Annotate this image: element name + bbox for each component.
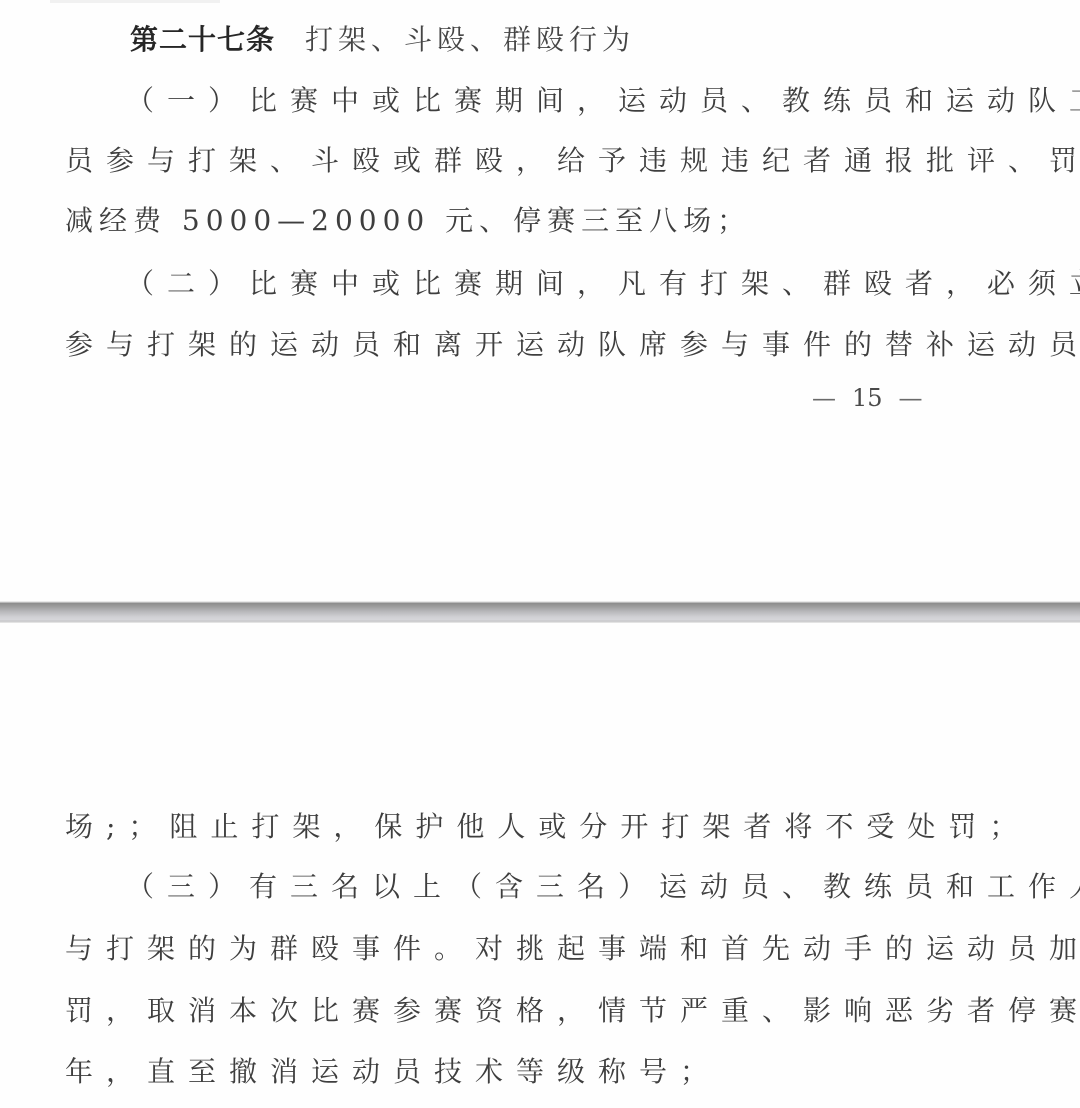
article-title: 打架、斗殴、群殴行为 [305, 23, 635, 56]
paragraph-line: （一）比赛中或比赛期间，运动员、教练员和运动队工作人 [126, 83, 1036, 119]
article-number: 第二十七条 [130, 23, 275, 56]
page-separator [0, 601, 1080, 623]
paragraph-line: （三）有三名以上（含三名）运动员、教练员和工作人员参 [126, 869, 1036, 905]
paragraph-line: 与打架的为群殴事件。对挑起事端和首先动手的运动员加重处 [65, 931, 975, 967]
paragraph-line: （二）比赛中或比赛期间，凡有打架、群殴者，必须立即将 [126, 266, 1036, 302]
paragraph-line: 员参与打架、斗殴或群殴，给予违规违纪者通报批评、罚款或核 [65, 143, 975, 179]
page-number: —15— [812, 383, 923, 413]
page-number-right-dash: — [899, 384, 923, 412]
paragraph-line: 罚，取消本次比赛参赛资格，情节严重、影响恶劣者停赛一至三 [65, 993, 975, 1029]
paragraph-line: 场;；阻止打架，保护他人或分开打架者将不受处罚； [65, 809, 975, 845]
page-number-left-dash: — [812, 384, 836, 412]
page-number-value: 15 [852, 384, 883, 412]
paragraph-line: 参与打架的运动员和离开运动队席参与事件的替补运动员罚出 [65, 327, 975, 363]
paragraph-line: 减经费 5000—20000 元、停赛三至八场； [65, 203, 975, 239]
article-heading: 第二十七条打架、斗殴、群殴行为 [130, 22, 635, 58]
document-page-15: 第二十七条打架、斗殴、群殴行为 （一）比赛中或比赛期间，运动员、教练员和运动队工… [0, 0, 1080, 601]
document-page-16: 场;；阻止打架，保护他人或分开打架者将不受处罚； （三）有三名以上（含三名）运动… [0, 623, 1080, 1108]
paragraph-line: 年，直至撤消运动员技术等级称号； [65, 1054, 975, 1090]
previous-line-remnant [50, 0, 220, 3]
